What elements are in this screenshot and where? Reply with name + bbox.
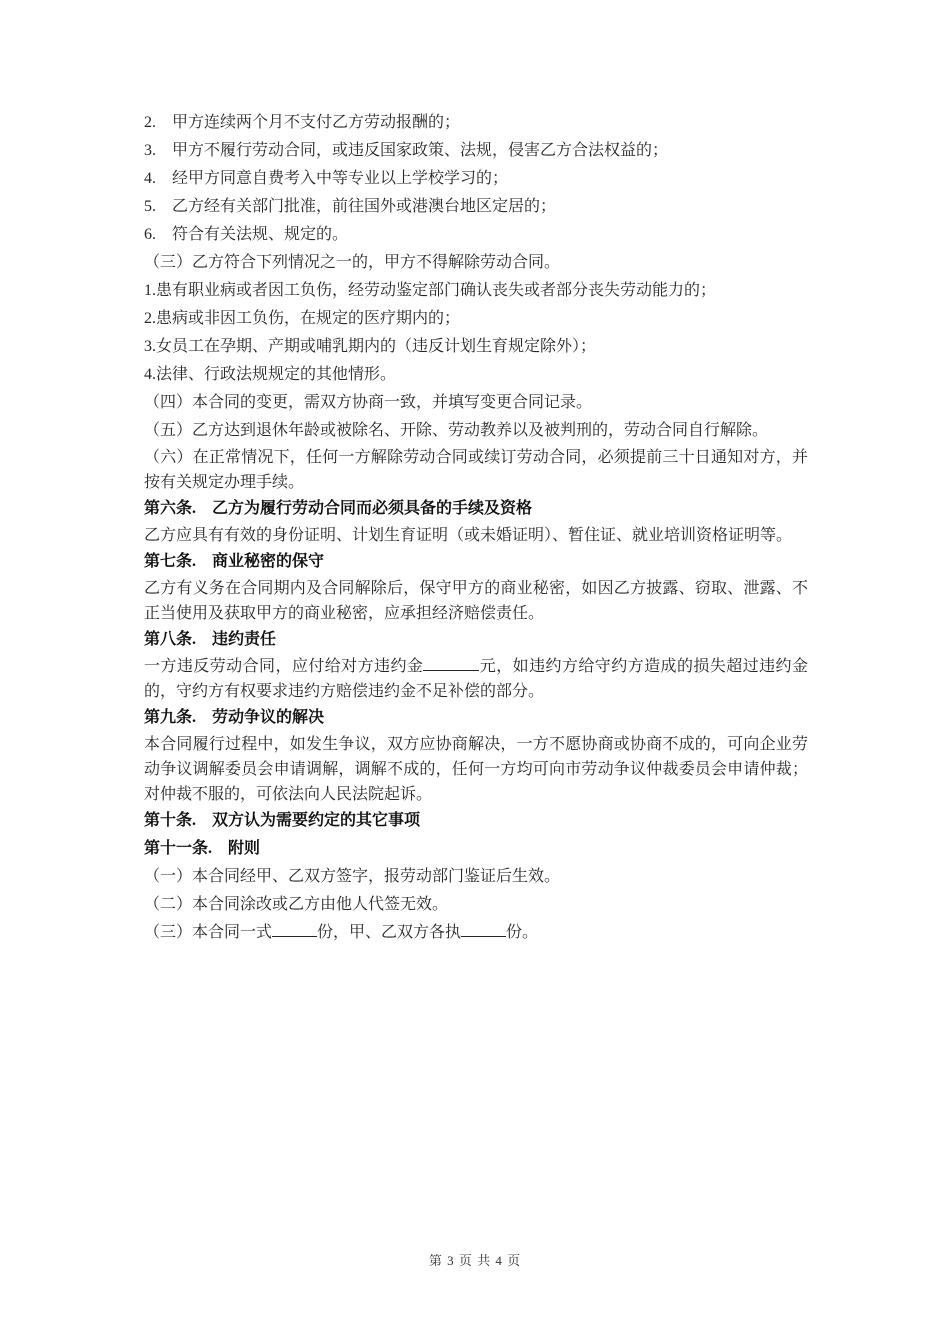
- page-number: 第 3 页 共 4 页: [0, 1252, 950, 1270]
- clause-item-5: 5. 乙方经有关部门批准，前往国外或港澳台地区定居的；: [144, 193, 808, 221]
- article-11-item-3: （三）本合同一式份，甲、乙双方各执份。: [144, 919, 808, 947]
- fill-in-blank-penalty-amount: [423, 656, 479, 671]
- article-11-item-3-part2: 份，甲、乙双方各执: [317, 924, 461, 941]
- article-8-body-before-blank: 一方违反劳动合同，应付给对方违约金: [144, 658, 423, 675]
- article-11-title: 第十一条. 附则: [144, 835, 808, 863]
- clause-5: （五）乙方达到退休年龄或被除名、开除、劳动教养以及被判刑的，劳动合同自行解除。: [144, 417, 808, 445]
- clause-item-3: 3. 甲方不履行劳动合同，或违反国家政策、法规，侵害乙方合法权益的；: [144, 137, 808, 165]
- article-10-title: 第十条. 双方认为需要约定的其它事项: [144, 807, 808, 835]
- article-9-body: 本合同履行过程中，如发生争议，双方应协商解决，一方不愿协商或协商不成的，可向企业…: [144, 732, 808, 807]
- article-11-item-2: （二）本合同涂改或乙方由他人代签无效。: [144, 891, 808, 919]
- fill-in-blank-copies-each: [461, 922, 506, 937]
- clause-3-heading: （三）乙方符合下列情况之一的，甲方不得解除劳动合同。: [144, 249, 808, 277]
- article-11-item-3-part3: 份。: [506, 924, 538, 941]
- clause-3-subitem-4: 4.法律、行政法规规定的其他情形。: [144, 361, 808, 389]
- article-11-item-1: （一）本合同经甲、乙双方签字，报劳动部门鉴证后生效。: [144, 863, 808, 891]
- article-6-title: 第六条. 乙方为履行劳动合同而必须具备的手续及资格: [144, 495, 808, 523]
- article-9-title: 第九条. 劳动争议的解决: [144, 704, 808, 732]
- article-6-body: 乙方应具有有效的身份证明、计划生育证明（或未婚证明）、暂住证、就业培训资格证明等…: [144, 523, 808, 548]
- article-7-title: 第七条. 商业秘密的保守: [144, 548, 808, 576]
- article-8-body: 一方违反劳动合同，应付给对方违约金元，如违约方给守约方造成的损失超过违约金的，守…: [144, 654, 808, 704]
- clause-3-subitem-3: 3.女员工在孕期、产期或哺乳期内的（违反计划生育规定除外）；: [144, 333, 808, 361]
- article-11-item-3-part1: （三）本合同一式: [144, 924, 272, 941]
- contract-page: 2. 甲方连续两个月不支付乙方劳动报酬的； 3. 甲方不履行劳动合同，或违反国家…: [0, 0, 950, 1344]
- article-7-body: 乙方有义务在合同期内及合同解除后，保守甲方的商业秘密，如因乙方披露、窃取、泄露、…: [144, 576, 808, 626]
- clause-4: （四）本合同的变更，需双方协商一致，并填写变更合同记录。: [144, 389, 808, 417]
- fill-in-blank-total-copies: [272, 922, 317, 937]
- clause-item-2: 2. 甲方连续两个月不支付乙方劳动报酬的；: [144, 109, 808, 137]
- clause-6: （六）在正常情况下，任何一方解除劳动合同或续订劳动合同，必须提前三十日通知对方，…: [144, 445, 808, 495]
- clause-item-6: 6. 符合有关法规、规定的。: [144, 221, 808, 249]
- article-8-title: 第八条. 违约责任: [144, 626, 808, 654]
- clause-item-4: 4. 经甲方同意自费考入中等专业以上学校学习的；: [144, 165, 808, 193]
- contract-body: 2. 甲方连续两个月不支付乙方劳动报酬的； 3. 甲方不履行劳动合同，或违反国家…: [144, 109, 808, 947]
- clause-3-subitem-1: 1.患有职业病或者因工负伤，经劳动鉴定部门确认丧失或者部分丧失劳动能力的；: [144, 277, 808, 305]
- clause-3-subitem-2: 2.患病或非因工负伤，在规定的医疗期内的；: [144, 305, 808, 333]
